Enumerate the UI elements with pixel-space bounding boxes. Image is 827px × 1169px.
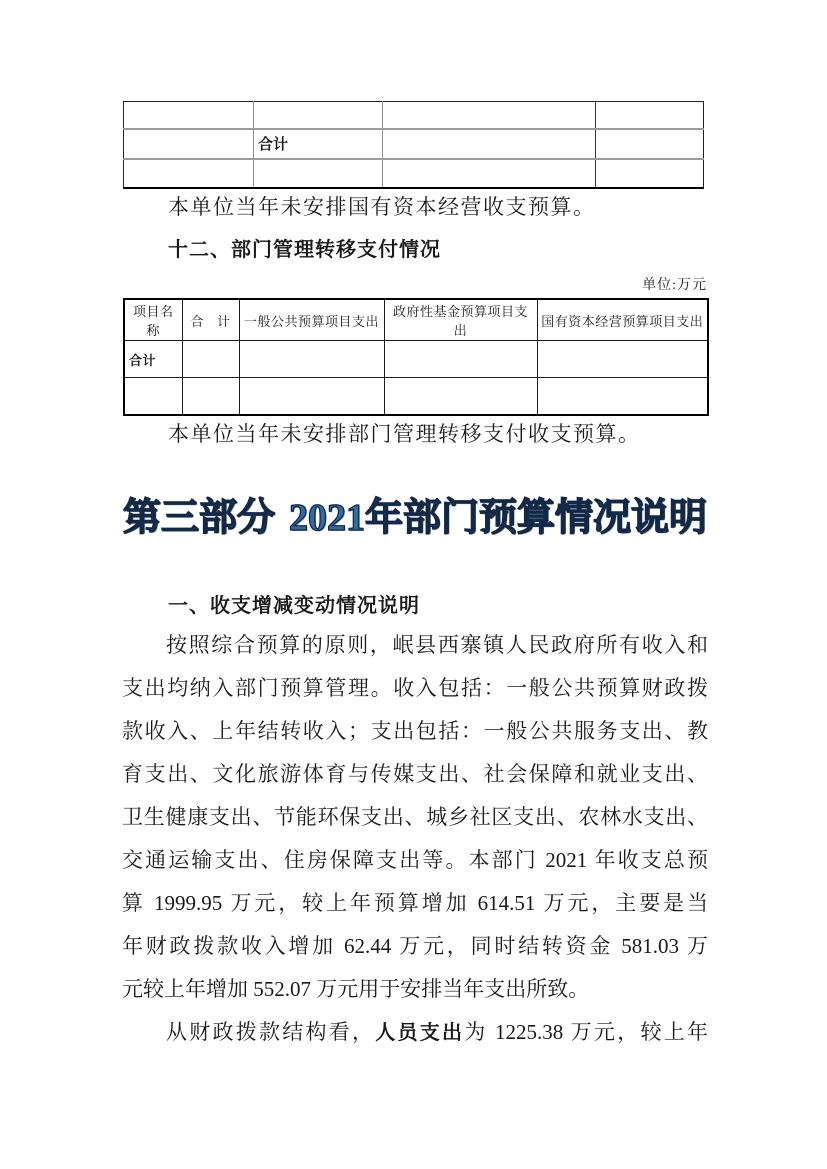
table-cell — [384, 341, 537, 378]
paragraph-line: 按照综合预算的原则，岷县西寨镇人民政府所有收入和 — [122, 624, 708, 667]
header-cell-total: 合计 — [182, 299, 239, 341]
table-cell — [537, 378, 708, 415]
table-cell — [239, 341, 384, 378]
paragraph-line: 育支出、文化旅游体育与传媒支出、社会保障和就业支出、 — [122, 753, 708, 796]
state-capital-budget-table: 合计 — [123, 101, 704, 189]
total-label-cell: 合计 — [124, 341, 182, 378]
paragraph-line: 卫生健康支出、节能环保支出、城乡社区支出、农林水支出、 — [122, 796, 708, 839]
body-paragraphs: 按照综合预算的原则，岷县西寨镇人民政府所有收入和 支出均纳入部门预算管理。收入包… — [122, 624, 708, 1054]
paragraph-line: 交通运输支出、住房保障支出等。本部门 2021 年收支总预 — [122, 839, 708, 882]
paragraph-segment: 为 1225.38 万元，较上年 — [464, 1020, 708, 1044]
table-header-row: 项目名称 合计 一般公共预算项目支出 政府性基金预算项目支出 国有资本经营预算项… — [124, 299, 708, 341]
header-cell-gov-fund: 政府性基金预算项目支出 — [384, 299, 537, 341]
part3-title: 第三部分 2021年部门预算情况说明 — [123, 487, 707, 539]
table-row — [124, 378, 708, 415]
table-cell — [254, 102, 383, 129]
note-state-capital: 本单位当年未安排国有资本经营收支预算。 — [123, 194, 709, 220]
header-cell-project-name: 项目名称 — [124, 299, 182, 341]
table-cell — [239, 378, 384, 415]
table-cell — [182, 341, 239, 378]
table-cell — [124, 102, 254, 129]
paragraph-line: 支出均纳入部门预算管理。收入包括：一般公共预算财政拨 — [122, 667, 708, 710]
table-row — [124, 102, 704, 129]
part3-title-left: 第三部分 — [123, 486, 275, 541]
table-cell — [596, 102, 704, 129]
unit-label: 单位:万元 — [123, 274, 707, 294]
total-label-cell: 合计 — [254, 129, 383, 159]
table-cell — [384, 378, 537, 415]
table-cell — [124, 378, 182, 415]
paragraph-line: 款收入、上年结转收入；支出包括：一般公共服务支出、教 — [122, 710, 708, 753]
paragraph-line: 元较上年增加 552.07 万元用于安排当年支出所致。 — [122, 968, 708, 1011]
transfer-payment-table: 项目名称 合计 一般公共预算项目支出 政府性基金预算项目支出 国有资本经营预算项… — [123, 298, 709, 416]
table-row — [124, 159, 704, 188]
section-heading-1: 一、收支增减变动情况说明 — [168, 589, 420, 618]
bold-term-personnel-expense: 人员支出 — [375, 1022, 464, 1044]
document-page: { "colors": { "title_blue": "#2f6da8", "… — [0, 0, 827, 1169]
table-row-total: 合计 — [124, 129, 704, 159]
paragraph-line: 从财政拨款结构看，人员支出为 1225.38 万元，较上年 — [122, 1011, 708, 1054]
table-cell — [596, 129, 704, 159]
table-cell — [537, 341, 708, 378]
table-cell — [182, 378, 239, 415]
note-transfer: 本单位当年未安排部门管理转移支付收支预算。 — [123, 421, 709, 447]
section-heading-12: 十二、部门管理转移支付情况 — [168, 233, 441, 262]
table-row-total: 合计 — [124, 341, 708, 378]
table-cell — [383, 129, 596, 159]
table-cell — [124, 129, 254, 159]
part3-title-right: 2021年部门预算情况说明 — [289, 486, 707, 541]
paragraph-line: 算 1999.95 万元，较上年预算增加 614.51 万元，主要是当 — [122, 882, 708, 925]
header-cell-state-capital: 国有资本经营预算项目支出 — [537, 299, 708, 341]
header-cell-general-budget: 一般公共预算项目支出 — [239, 299, 384, 341]
table-cell — [383, 159, 596, 188]
paragraph-line: 年财政拨款收入增加 62.44 万元，同时结转资金 581.03 万 — [122, 925, 708, 968]
table-cell — [254, 159, 383, 188]
table-cell — [383, 102, 596, 129]
paragraph-segment: 从财政拨款结构看， — [166, 1020, 375, 1044]
table-cell — [124, 159, 254, 188]
table-cell — [596, 159, 704, 188]
